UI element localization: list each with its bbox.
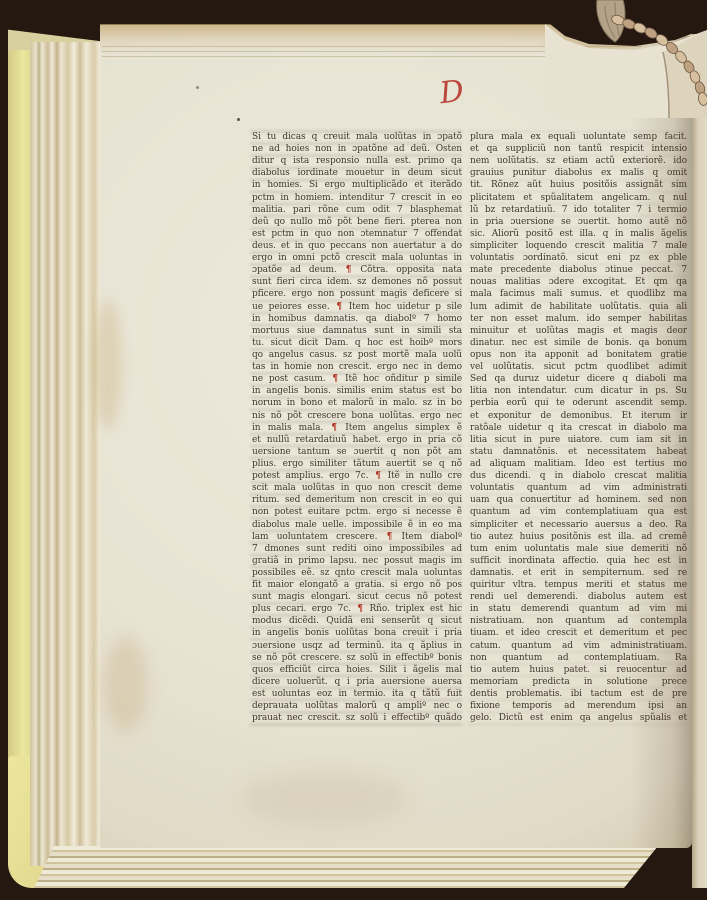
text-line: se nõ põt crescere. sz solũ in effectibº… [252,652,462,664]
pilcrow-rubric: ¶ [356,604,364,614]
text-line: ritum. sed demeritum non crescit in eo q… [252,494,462,506]
text-line: non potest euitare pctm. ergo si necesse… [252,506,462,518]
red-quire-mark: D [433,74,471,114]
text-line: sunt fieri circa idem. sz demones nõ pos… [252,276,462,288]
text-line: pficere. ergo non possunt magis deficere… [252,288,462,300]
text-line: ditur q ista responsio nulla est. primo … [252,155,462,167]
ink-speck [196,86,199,89]
text-line: est uoluntas eoz in termio. ita q tãtũ f… [252,688,462,700]
text-line: dicere uoluerũt. q i pria auersione auer… [252,676,462,688]
text-line: pctm in homiem. intenditur 7 crescit in … [252,192,462,204]
text-line: diabolus iordinate mouetur in deum sicut [252,167,462,179]
text-line: in homies. Si ergo multiplicãdo et iterã… [252,179,462,191]
margin-stain [240,770,410,826]
text-line: mortuus siue damnatus sunt in simili sta [252,325,462,337]
page-stack-fore-edge [30,42,106,866]
text-line: malitia. pari rõne cum odit 7 blasphemat [252,204,462,216]
text-line: uersione tantum se ɔuertit q non põt am [252,446,462,458]
text-column-left: Si tu dicas q creuit mala uolũtas in ɔpa… [252,131,462,724]
ink-speck [237,118,240,121]
margin-stain [94,300,122,430]
pilcrow-rubric: ¶ [330,423,338,433]
text-line: Si tu dicas q creuit mala uolũtas in ɔpa… [252,131,462,143]
text-line: fit maior elongatõ a gratia. si ergo nõ … [252,579,462,591]
text-line: ergo in omni pctõ crescit mala uoluntas … [252,252,462,264]
text-line: 7 dmones sunt rediti oino impossibiles a… [252,543,462,555]
text-line: quos efficiũt circa hoies. Silit i ãgeli… [252,664,462,676]
text-line: in homibus damnatis. qa diabolº 7 homo [252,313,462,325]
text-line: ue peiores esse. ¶ Item hoc uidetur p si… [252,301,462,313]
text-line: nis nõ põt crescere bona uolũtas. ergo n… [252,410,462,422]
text-line: ɔpatõe ad deum. ¶ Cõtra. opposita nata [252,264,462,276]
facing-page-edge [692,34,707,888]
text-line: in angelis bonis. similis enim status es… [252,385,462,397]
text-line: ne ad hoies non in ɔpatõne ad deũ. Osten [252,143,462,155]
margin-stain [104,636,148,732]
text-line: prauat nec crescit. sz solũ i effectibº … [252,712,462,724]
text-line: et nullũ retardatiuũ habet. ergo in pria… [252,434,462,446]
text-line: plius. ergo similiter tãtum auertit se q… [252,458,462,470]
text-line: sunt magis elongari. sicut cecus nõ pote… [252,591,462,603]
page-stack-bottom-edge [34,846,658,888]
text-line: modus dicẽdi. Quidã eni senserũt q sicut [252,615,462,627]
text-line: norum in bono et malorũ in malo. sz in b… [252,397,462,409]
text-line: possibiles eẽ. sz qnto crescit mala uolu… [252,567,462,579]
text-line: ne post casum. ¶ Itẽ hoc oñditur p simil… [252,373,462,385]
text-line: ɔuersione usqz ad terminũ. ita q ãplius … [252,640,462,652]
text-line: potest amplius. ergo 7c. ¶ Itẽ in nullo … [252,470,462,482]
gutter-shadow [630,36,692,848]
text-line: gratiã in primo lapsu. nec possut magis … [252,555,462,567]
pilcrow-rubric: ¶ [345,265,353,275]
headband-cord [545,0,707,118]
text-line: qo angelus casus. sz post mortẽ mala uol… [252,349,462,361]
text-line: tu. sicut dicit Dam. q hoc est hoibº mor… [252,337,462,349]
text-line: in malis mala. ¶ Item angelus simplex ẽ [252,422,462,434]
text-line: lam uoluntatem crescere. ¶ Item diabolº [252,531,462,543]
text-line: scit mala uolũtas in quo non crescit dem… [252,482,462,494]
text-line: in angelis bonis uolũtas bona creuit i p… [252,627,462,639]
book-photo: { "page": { "folio_mark": "D", "columns"… [0,0,707,900]
pilcrow-rubric: ¶ [335,302,343,312]
pilcrow-rubric: ¶ [331,374,339,384]
text-line: deus. et in quo peccans non auertatur a … [252,240,462,252]
pilcrow-rubric: ¶ [386,532,394,542]
pilcrow-rubric: ¶ [374,471,382,481]
text-line: plus cecari. ergo 7c. ¶ Rño. triplex est… [252,603,462,615]
text-line: diabolus male uelle. impossibile ẽ in eo… [252,519,462,531]
text-line: deprauata uolũtas malorũ q ampliº nec o [252,700,462,712]
text-line: deũ qo nullo mõ põt bene fieri. pterea n… [252,216,462,228]
text-line: est pctm in quo non ɔtemnatur 7 offendat [252,228,462,240]
text-line: tas in homie non crescit. ergo nec in de… [252,361,462,373]
